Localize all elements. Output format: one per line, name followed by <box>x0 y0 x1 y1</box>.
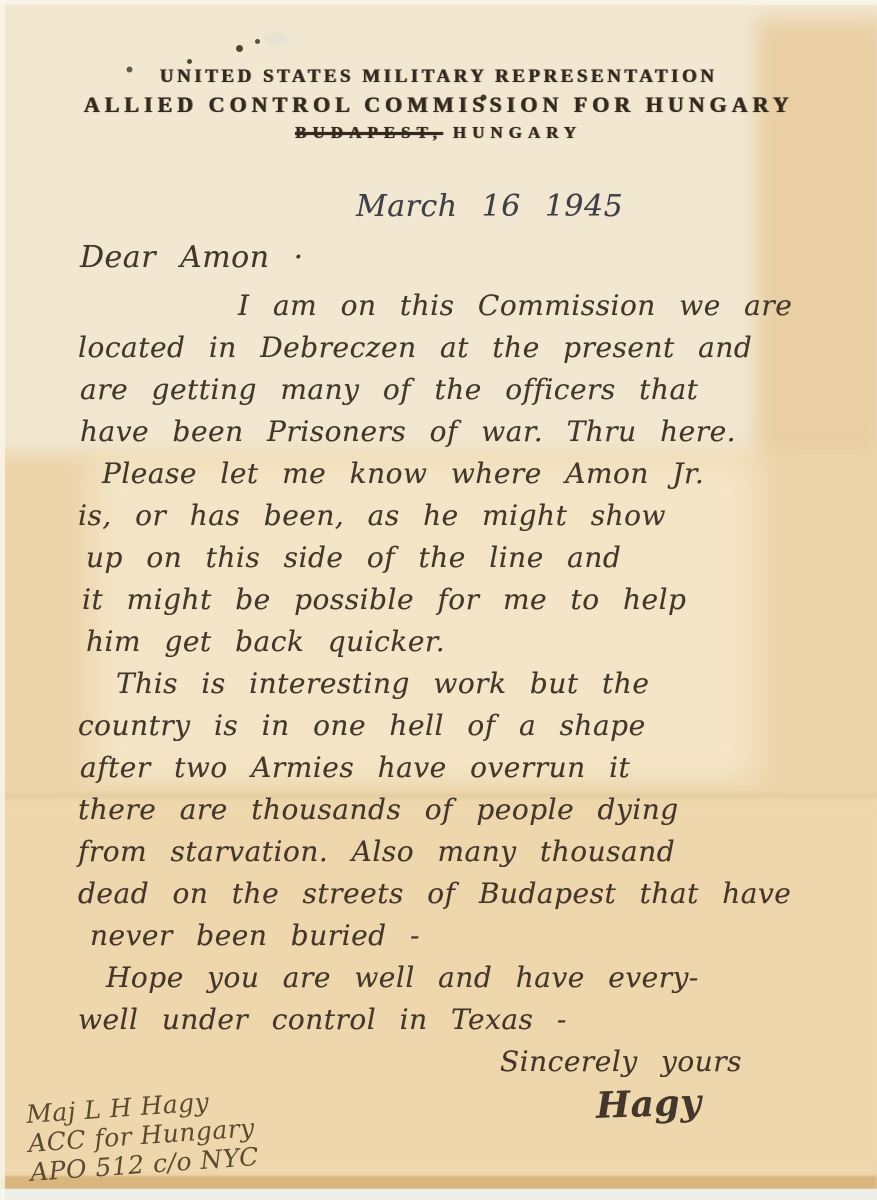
letterhead-line2: ALLIED CONTROL COMMISSION FOR HUNGARY <box>0 92 877 118</box>
scanned-letter: UNITED STATES MILITARY REPRESENTATION AL… <box>0 0 877 1200</box>
body-line: located in Debreczen at the present and <box>78 327 877 369</box>
letterhead-city-struckthrough: BUDAPEST, <box>295 123 443 142</box>
letterhead-line1: UNITED STATES MILITARY REPRESENTATION <box>0 66 877 88</box>
letterhead: UNITED STATES MILITARY REPRESENTATION AL… <box>0 0 877 143</box>
salutation: Dear Amon · <box>80 240 877 275</box>
body-line: him get back quicker. <box>86 621 877 663</box>
body-line: up on this side of the line and <box>86 537 877 579</box>
body-line: Hope you are well and have every- <box>106 957 877 999</box>
sender-block: Maj L H Hagy ACC for Hungary APO 512 c/o… <box>25 1084 259 1187</box>
letterhead-line3: BUDAPEST,HUNGARY <box>0 123 877 143</box>
closing: Sincerely yours <box>500 1045 877 1078</box>
body-line: it might be possible for me to help <box>82 579 877 621</box>
letterhead-country: HUNGARY <box>453 123 582 142</box>
letter-body: I am on this Commission we are located i… <box>0 285 877 1041</box>
body-line: I am on this Commission we are <box>238 285 877 327</box>
body-line: there are thousands of people dying <box>78 789 877 831</box>
body-line: Please let me know where Amon Jr. <box>102 453 877 495</box>
body-line: from starvation. Also many thousand <box>78 831 877 873</box>
date-line: March 16 1945 <box>356 189 877 224</box>
body-line: country is in one hell of a shape <box>78 705 877 747</box>
body-line: after two Armies have overrun it <box>80 747 877 789</box>
body-line: dead on the streets of Budapest that hav… <box>78 873 877 915</box>
scan-background-strip <box>0 1189 877 1200</box>
body-line: never been buried - <box>90 915 877 957</box>
body-line: This is interesting work but the <box>116 663 877 705</box>
body-line: well under control in Texas - <box>78 999 877 1041</box>
body-line: are getting many of the officers that <box>80 369 877 411</box>
body-line: have been Prisoners of war. Thru here. <box>80 411 877 453</box>
body-line: is, or has been, as he might show <box>78 495 877 537</box>
signature: Hagy <box>595 1075 877 1127</box>
